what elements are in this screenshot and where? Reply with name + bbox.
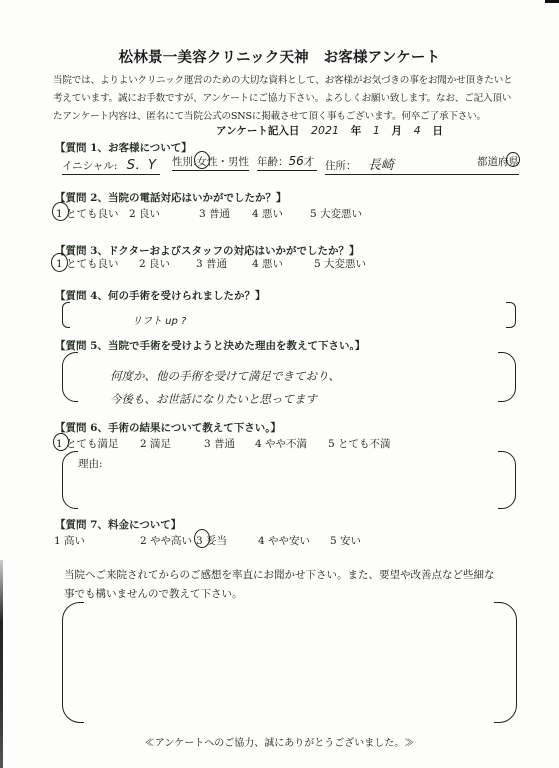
q3-option-5[interactable]: 5 大変悪い bbox=[314, 256, 366, 271]
date-month-unit: 月 bbox=[392, 125, 403, 137]
address-value: 長崎 bbox=[368, 158, 394, 173]
q2-option-2[interactable]: 2 良い bbox=[129, 206, 160, 221]
page-title: 松林景一美容クリニック天神 お客様アンケート bbox=[0, 46, 559, 67]
q6-selected-circle bbox=[53, 433, 69, 451]
q2-option-4[interactable]: 4 悪い bbox=[252, 206, 283, 221]
q7-option-2[interactable]: 2 やや高い bbox=[140, 533, 192, 548]
q1-heading: 【質問 1、お客様について】 bbox=[55, 140, 192, 155]
date-day[interactable]: 4 bbox=[414, 124, 421, 137]
q6-reason-label: 理由: bbox=[78, 456, 103, 471]
initial-field[interactable]: イニシャル: S．Y bbox=[62, 154, 160, 175]
initial-value: S．Y bbox=[127, 158, 156, 173]
date-year-unit: 年 bbox=[351, 125, 362, 137]
date-year[interactable]: 2021 bbox=[311, 124, 339, 137]
q7-heading: 【質問 7、料金について】 bbox=[55, 517, 181, 532]
q3-selected-circle bbox=[51, 253, 68, 272]
q2-option-3[interactable]: 3 普通 bbox=[199, 206, 230, 221]
q2-heading: 【質問 2、当院の電話対応はいかがでしたか？】 bbox=[55, 190, 286, 205]
address-field[interactable]: 住所： 長崎 都道府県 bbox=[325, 154, 519, 175]
prefecture-selected-circle bbox=[506, 152, 520, 167]
footer-thanks: ≪アンケートへのご協力、誠にありがとうございました。≫ bbox=[0, 734, 559, 749]
date-day-unit: 日 bbox=[432, 125, 443, 137]
q3-option-2[interactable]: 2 良い bbox=[139, 256, 170, 271]
q7-selected-circle bbox=[194, 529, 210, 548]
age-field[interactable]: 年齢：56才 bbox=[257, 154, 317, 171]
q2-selected-circle bbox=[52, 202, 69, 221]
q5-answer-line-2: 今後も、お世話になりたいと思ってます bbox=[110, 391, 317, 407]
q3-option-4[interactable]: 4 悪い bbox=[252, 256, 283, 271]
q4-answer: リフト up ? bbox=[132, 312, 186, 327]
scan-edge-mark bbox=[545, 0, 559, 3]
q7-option-5[interactable]: 5 安い bbox=[330, 533, 361, 548]
q5-answer-line-1: 何度か、他の手術を受けて満足できており、 bbox=[110, 368, 340, 384]
age-value: 56 bbox=[289, 154, 304, 168]
date-label: アンケート記入日 bbox=[216, 125, 299, 137]
q3-option-3[interactable]: 3 普通 bbox=[196, 256, 227, 271]
gender-selected-circle bbox=[194, 151, 210, 169]
closing-prompt: 当院へご来院されてからのご感想を率直にお聞かせ下さい。また、要望や改善点など些細… bbox=[64, 566, 504, 604]
q7-option-1[interactable]: 1 高い bbox=[54, 533, 85, 548]
date-month[interactable]: 1 bbox=[373, 124, 380, 137]
survey-date: アンケート記入日 2021 年 1 月 4 日 bbox=[216, 123, 443, 138]
intro-paragraph: 当院では、よりよいクリニック運営のための大切な資料として、お客様がお気づきの事を… bbox=[53, 72, 513, 126]
gender-field[interactable]: 性別:女性・男性 bbox=[172, 154, 249, 171]
q2-option-5[interactable]: 5 大変悪い bbox=[310, 206, 362, 221]
q7-option-4[interactable]: 4 やや安い bbox=[258, 533, 310, 548]
q6-heading: 【質問 6、手術の結果について教えて下さい。】 bbox=[55, 420, 281, 435]
